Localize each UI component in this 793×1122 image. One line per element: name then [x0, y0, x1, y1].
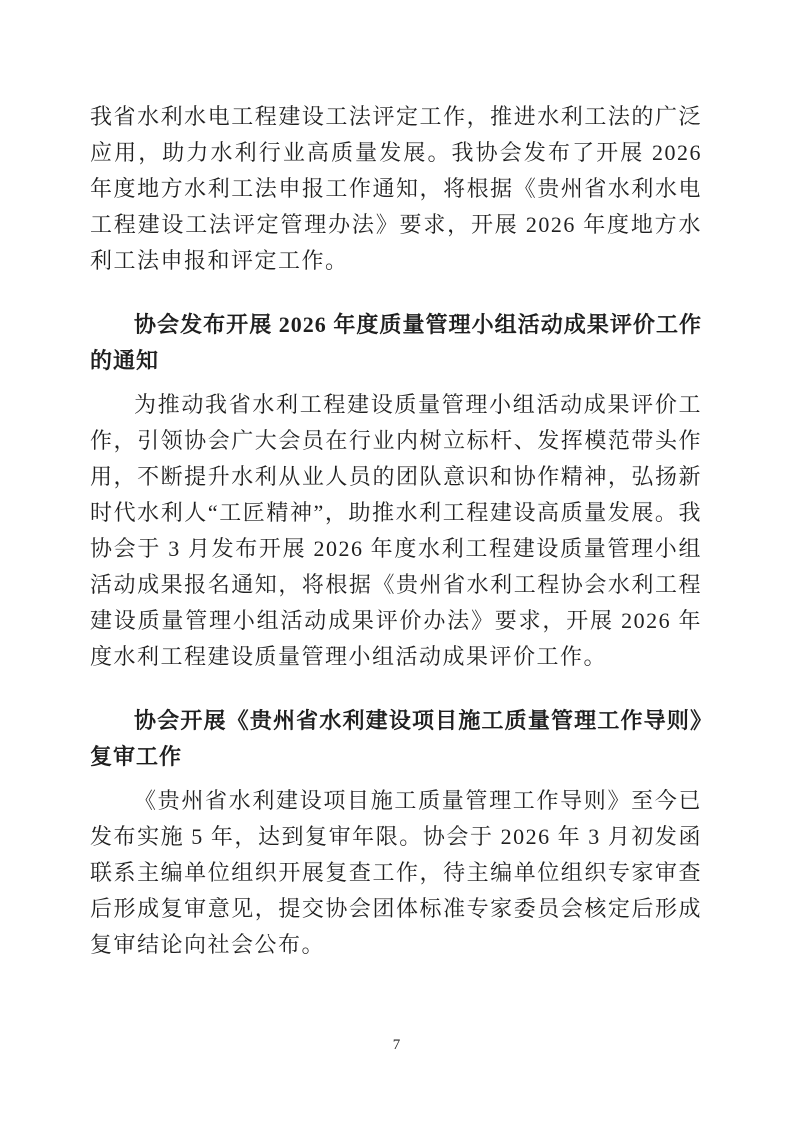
page-body: 我省水利水电工程建设工法评定工作，推进水利工法的广泛应用，助力水利行业高质量发展…	[90, 99, 702, 963]
paragraph-construction-method-continuation: 我省水利水电工程建设工法评定工作，推进水利工法的广泛应用，助力水利行业高质量发展…	[90, 99, 702, 279]
paragraph-quality-group-evaluation: 为推动我省水利工程建设质量管理小组活动成果评价工作，引领协会广大会员在行业内树立…	[90, 387, 702, 675]
heading-guideline-review-work: 协会开展《贵州省水利建设项目施工质量管理工作导则》复审工作	[90, 703, 702, 775]
paragraph-guideline-review: 《贵州省水利建设项目施工质量管理工作导则》至今已发布实施 5 年，达到复审年限。…	[90, 783, 702, 963]
page-number: 7	[0, 1037, 793, 1054]
document-page: 我省水利水电工程建设工法评定工作，推进水利工法的广泛应用，助力水利行业高质量发展…	[0, 0, 793, 1122]
heading-quality-group-evaluation-notice: 协会发布开展 2026 年度质量管理小组活动成果评价工作的通知	[90, 307, 702, 379]
